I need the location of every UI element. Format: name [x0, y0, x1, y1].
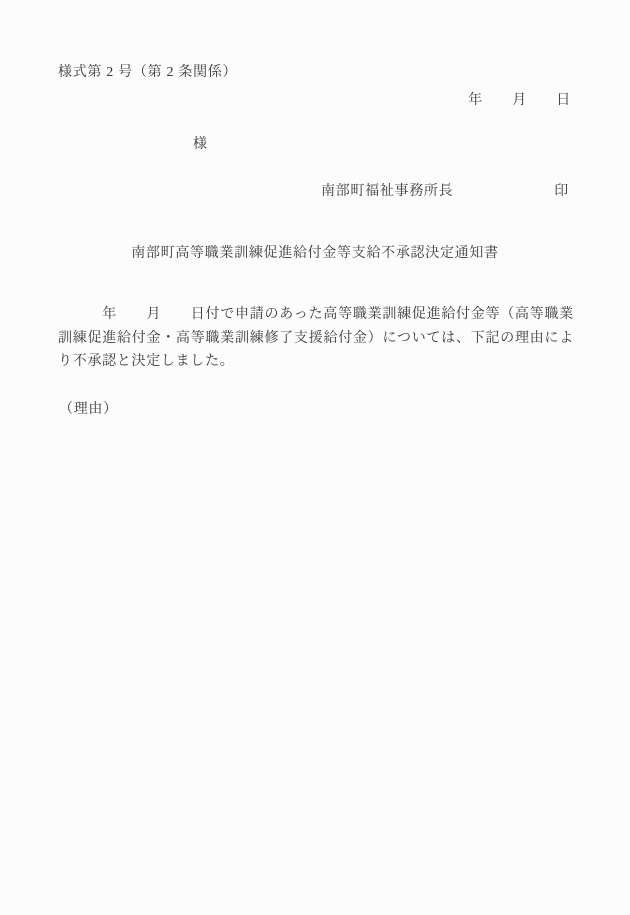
addressee-line: 様 [193, 136, 208, 155]
document-page: 様式第 2 号（第 2 条関係） 年 月 日 様 南部町福祉事務所長 印 南部町… [0, 0, 630, 915]
reason-label: （理由） [59, 401, 118, 420]
date-line: 年 月 日 [468, 92, 571, 111]
seal-mark: 印 [554, 183, 569, 202]
sender-line: 南部町福祉事務所長 印 [0, 183, 630, 203]
body-paragraph: 年 月 日付で申請のあった高等職業訓練促進給付金等（高等職業訓練促進給付金・高等… [58, 303, 574, 374]
document-title: 南部町高等職業訓練促進給付金等支給不承認決定通知書 [0, 245, 630, 264]
form-number: 様式第 2 号（第 2 条関係） [58, 64, 237, 83]
sender-name: 南部町福祉事務所長 [321, 183, 453, 202]
addressee-honorific: 様 [193, 137, 208, 152]
